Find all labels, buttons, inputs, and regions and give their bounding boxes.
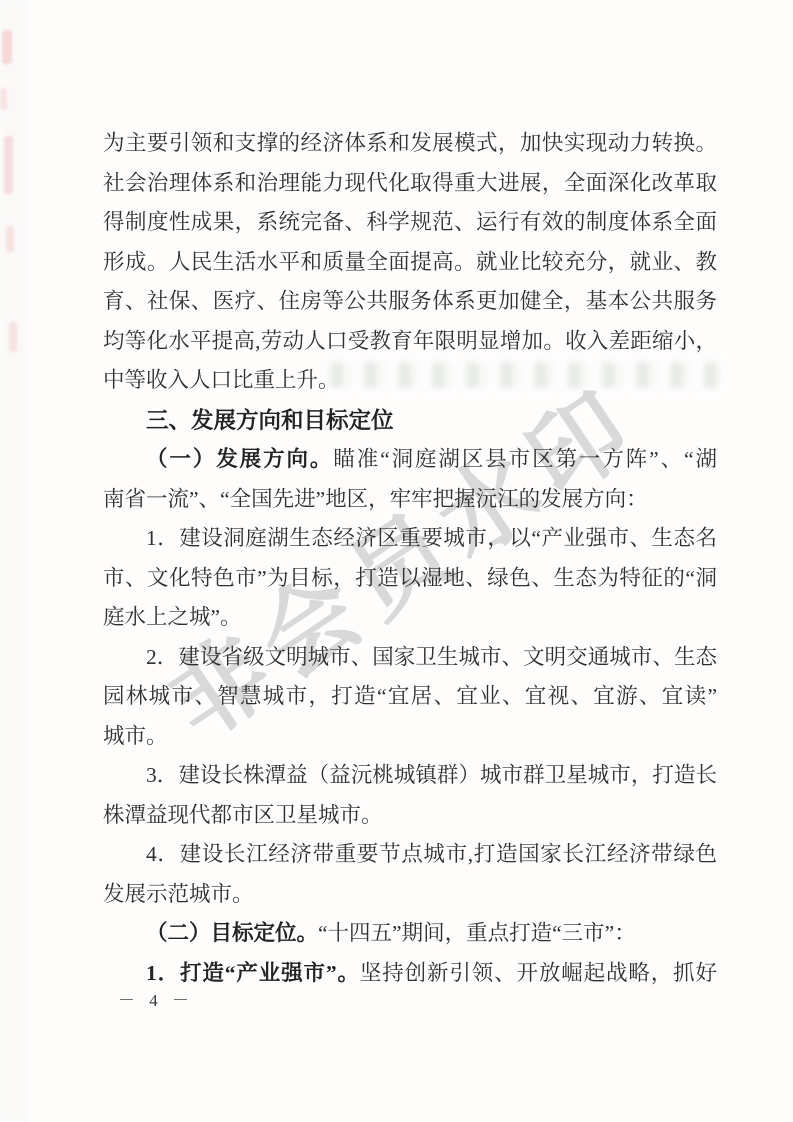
- text-line: 4．建设长江经济带重要节点城市,打造国家长江经济带绿色: [103, 835, 717, 875]
- red-scan-mark: [4, 136, 13, 194]
- text-segment: 育、社保、医疗、住房等公共服务体系更加健全，基本公共服务: [103, 289, 717, 313]
- text-line: 1．打造“产业强市”。坚持创新引领、开放崛起战略，抓好: [103, 954, 717, 994]
- text-line: 市、文化特色市”为目标，打造以湿地、绿色、生态为特征的“洞: [103, 559, 717, 599]
- text-line: 发展示范城市。: [103, 875, 717, 915]
- text-line: 南省一流”、“全国先进”地区，牢牢把握沅江的发展方向：: [103, 480, 717, 520]
- red-scan-mark: [2, 30, 12, 64]
- text-segment: 市、文化特色市”为目标，打造以湿地、绿色、生态为特征的“洞: [103, 566, 717, 590]
- text-line: 育、社保、医疗、住房等公共服务体系更加健全，基本公共服务: [103, 282, 717, 322]
- bold-text-segment: （二）目标定位。: [146, 921, 318, 945]
- text-segment: 为主要引领和支撑的经济体系和发展模式，加快实现动力转换。: [103, 131, 717, 155]
- text-segment: 形成。人民生活水平和质量全面提高。就业比较充分，就业、教: [103, 250, 717, 274]
- text-line: 形成。人民生活水平和质量全面提高。就业比较充分，就业、教: [103, 243, 717, 283]
- text-segment: 坚持创新引领、开放崛起战略，抓好: [360, 961, 717, 985]
- text-segment: 发展示范城市。: [103, 882, 254, 906]
- red-scan-mark: [6, 226, 14, 252]
- section-heading: 三、发展方向和目标定位: [103, 401, 717, 441]
- page-number: － 4 －: [118, 986, 194, 1011]
- text-segment: 3．建设长株潭益（益沅桃城镇群）城市群卫星城市，打造长: [146, 763, 717, 787]
- text-line: 均等化水平提高,劳动人口受教育年限明显增加。收入差距缩小，: [103, 322, 717, 362]
- text-line: 为主要引领和支撑的经济体系和发展模式，加快实现动力转换。: [103, 124, 717, 164]
- text-segment: “十四五”期间，重点打造“三市”：: [318, 921, 636, 945]
- text-segment: 城市。: [103, 724, 168, 748]
- text-segment: 南省一流”、“全国先进”地区，牢牢把握沅江的发展方向：: [103, 487, 648, 511]
- text-line: 社会治理体系和治理能力现代化取得重大进展，全面深化改革取: [103, 164, 717, 204]
- text-segment: 1．建设洞庭湖生态经济区重要城市，以“产业强市、生态名: [146, 526, 717, 550]
- text-line: 1．建设洞庭湖生态经济区重要城市，以“产业强市、生态名: [103, 519, 717, 559]
- text-segment: 中等收入人口比重上升。: [103, 368, 340, 392]
- text-line: 园林城市、智慧城市，打造“宜居、宜业、宜视、宜游、宜读”: [103, 677, 717, 717]
- text-line: 庭水上之城”。: [103, 598, 717, 638]
- text-segment: 株潭益现代都市区卫星城市。: [103, 803, 383, 827]
- text-segment: 社会治理体系和治理能力现代化取得重大进展，全面深化改革取: [103, 171, 717, 195]
- text-line: 城市。: [103, 717, 717, 757]
- text-segment: 园林城市、智慧城市，打造“宜居、宜业、宜视、宜游、宜读”: [103, 684, 717, 708]
- text-line: 得制度性成果，系统完备、科学规范、运行有效的制度体系全面: [103, 203, 717, 243]
- text-line: （二）目标定位。“十四五”期间，重点打造“三市”：: [103, 914, 717, 954]
- document-body: 为主要引领和支撑的经济体系和发展模式，加快实现动力转换。社会治理体系和治理能力现…: [103, 124, 717, 993]
- text-segment: 得制度性成果，系统完备、科学规范、运行有效的制度体系全面: [103, 210, 717, 234]
- text-segment: 庭水上之城”。: [103, 605, 242, 629]
- red-scan-mark: [0, 88, 7, 110]
- bold-text-segment: 三、发展方向和目标定位: [146, 408, 394, 433]
- text-line: （一）发展方向。瞄准“洞庭湖区县市区第一方阵”、“湖: [103, 440, 717, 480]
- text-line: 株潭益现代都市区卫星城市。: [103, 796, 717, 836]
- text-line: 2．建设省级文明城市、国家卫生城市、文明交通城市、生态: [103, 638, 717, 678]
- text-segment: 瞄准“洞庭湖区县市区第一方阵”、“湖: [333, 447, 717, 471]
- document-page: 非会员水印 为主要引领和支撑的经济体系和发展模式，加快实现动力转换。社会治理体系…: [0, 0, 793, 1122]
- text-segment: 4．建设长江经济带重要节点城市,打造国家长江经济带绿色: [146, 842, 717, 866]
- text-segment: 2．建设省级文明城市、国家卫生城市、文明交通城市、生态: [146, 645, 717, 669]
- text-line: 中等收入人口比重上升。: [103, 361, 717, 401]
- text-line: 3．建设长株潭益（益沅桃城镇群）城市群卫星城市，打造长: [103, 756, 717, 796]
- text-segment: 均等化水平提高,劳动人口受教育年限明显增加。收入差距缩小，: [103, 329, 717, 353]
- bold-text-segment: （一）发展方向。: [146, 447, 333, 471]
- bold-text-segment: 1．打造“产业强市”。: [146, 961, 360, 985]
- red-scan-mark: [9, 322, 17, 352]
